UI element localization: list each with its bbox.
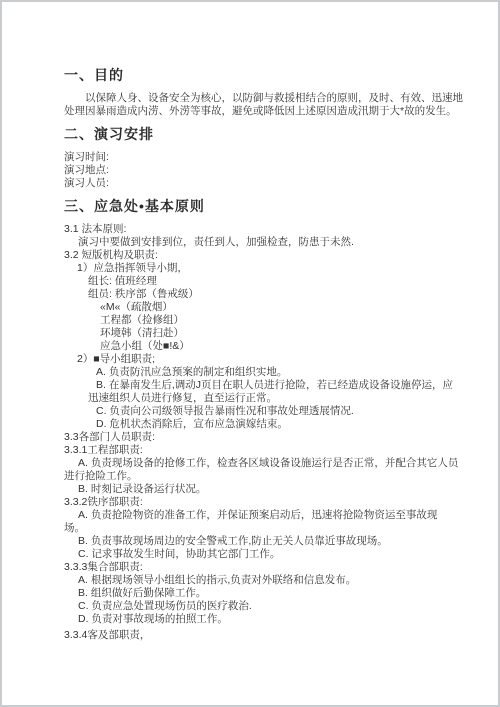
group-members-line: 组员: 秩序部（鲁戒级）: [64, 288, 456, 301]
clause-3-1: 3.1 法本原则:: [64, 223, 456, 236]
drill-place-label: 演习地点:: [64, 164, 456, 177]
clause-3-3-2: 3.3.2铁序部职责:: [64, 496, 456, 509]
clause-3-3-3: 3.3.3集合部职责:: [64, 561, 456, 574]
duty-item-a: A. 负责抢险物资的准备工作，并保证预案启动后，迅速将抢险物资运至事故现: [64, 509, 456, 522]
purpose-paragraph-line: 处理因暴雨造成内涝、外涝等事故，避免或降低因上述原因造成汛期于大*故的发生。: [64, 105, 456, 118]
section-heading-purpose: 一、目的: [64, 68, 456, 83]
duty-item-c: C. 负责向公司级领导报告暴雨性况和事故处理透展情况.: [64, 405, 456, 418]
clause-3-2-item-2: 2）■导小组职责;: [64, 353, 456, 366]
duty-item-c: C. 记求事故发生时间，协助其它部门工作。: [64, 548, 456, 561]
duty-item-a-wrap: 场。: [64, 522, 456, 535]
duty-item-c: C. 负责应急处置现场伤员的医疗救治.: [64, 600, 456, 613]
clause-3-2-item-1: 1）应急指挥领导小期，: [64, 262, 456, 275]
group-member-line: 工程都（捡修组）: [64, 314, 456, 327]
section-heading-arrangement: 二、演习安排: [64, 127, 456, 142]
group-member-line: «M«（疏散烟）: [64, 301, 456, 314]
duty-item-d: D. 危机状杰消除后，宣布应急演嫁结束。: [64, 418, 456, 431]
duty-item-a: A. 负责防汛应急预案的制定和组织实地。: [64, 366, 456, 379]
purpose-paragraph-line: 以保障人身、设备安全为核心，以防御与救援相结合的原则，及时、有效、迅速地: [64, 92, 456, 105]
duty-item-a: A. 根据现场领导小组组长的指示,负责对外联络和信息发布。: [64, 574, 456, 587]
duty-item-a: A. 负责现场设备的抢修工作，检查各区域设备设施运行是否正常，并配合其它人员: [64, 457, 456, 470]
clause-3-3-4: 3.3.4客及部职责，: [64, 629, 456, 642]
duty-item-b-wrap: 迅速组织人员进行修复，直至运行正常。: [64, 392, 456, 405]
duty-item-b: B. 在暴南发生后,调动J页目在职人员进行抢险，若已经造成设备设施停运，应: [64, 379, 456, 392]
duty-item-b: B. 时刻记录设备运行状况。: [64, 483, 456, 496]
duty-item-d: D. 负责对事故现场的拍照工作。: [64, 613, 456, 626]
drill-time-label: 演习时间:: [64, 151, 456, 164]
drill-personnel-label: 演习人员:: [64, 177, 456, 190]
clause-3-3: 3.3各部门人员职责:: [64, 431, 456, 444]
duty-item-a-wrap: 进行抢险工作。: [64, 470, 456, 483]
document-content: 一、目的以保障人身、设备安全为核心，以防御与救援相结合的原则，及时、有效、迅速地…: [2, 2, 498, 642]
group-member-line: 应急小组（处■!&）: [64, 340, 456, 353]
duty-item-b: B. 负责事故现场周边的安全警戒工作,防止无关人员靠近事故现场。: [64, 535, 456, 548]
section-heading-principles: 三、应急处•基本原则: [64, 199, 456, 214]
group-member-line: 环境韩（清扫赴）: [64, 327, 456, 340]
document-page: 一、目的以保障人身、设备安全为核心，以防御与救援相结合的原则，及时、有效、迅速地…: [0, 0, 500, 707]
duty-item-b: B. 组织做好后勤保障工作。: [64, 587, 456, 600]
clause-3-2: 3.2 短版机构及职责:: [64, 249, 456, 262]
group-leader-line: 组长: 值班经理: [64, 275, 456, 288]
clause-3-3-1: 3.3.1工程部职责:: [64, 444, 456, 457]
clause-3-1-body: 演习中要做到安排到位，责任到人，加强检查，防患于未然.: [64, 236, 456, 249]
